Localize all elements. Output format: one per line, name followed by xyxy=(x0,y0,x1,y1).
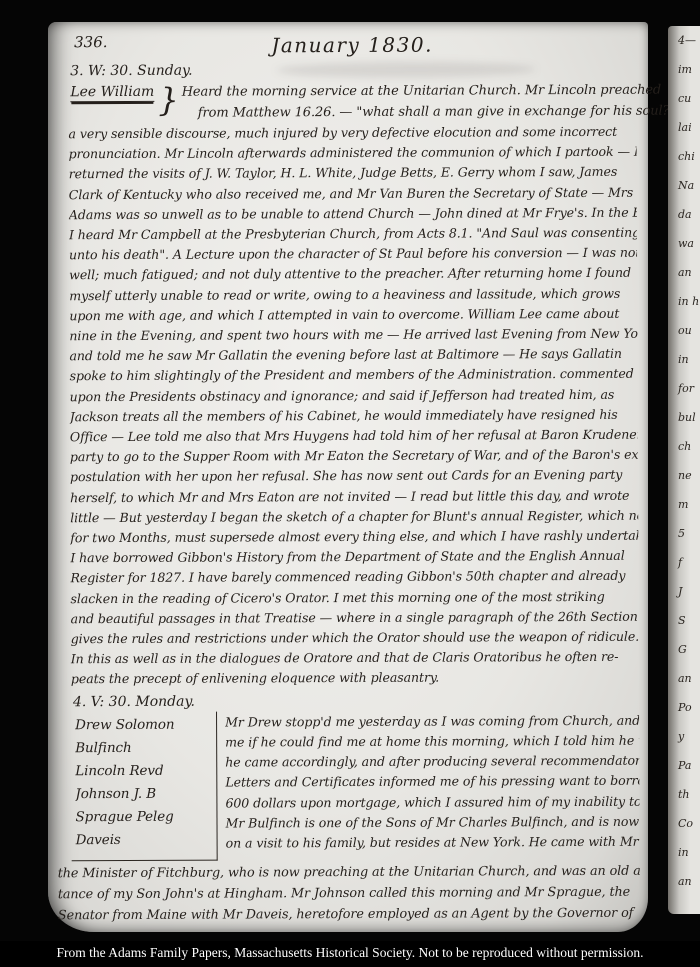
margin-name: Daveis xyxy=(76,828,217,852)
diary-line: Register for 1827. I have barely commenc… xyxy=(70,566,638,589)
diary-line: myself utterly unable to read or write, … xyxy=(69,283,637,306)
diary-line: Mr Drew stopp'd me yesterday as I was co… xyxy=(225,710,639,732)
diary-line: pronunciation. Mr Lincoln afterwards adm… xyxy=(69,142,637,165)
text-fragment: wa xyxy=(668,229,700,258)
entry-date-line: 4. V: 30. Monday. xyxy=(73,691,639,709)
text-fragment: chi xyxy=(668,142,700,171)
entry-opening-lines: Heard the morning service at the Unitari… xyxy=(182,79,676,124)
entry-body-lines: a very sensible discourse, much injured … xyxy=(68,122,638,690)
entry-monday: 4. V: 30. Monday. Drew SolomonBulfinchLi… xyxy=(71,691,640,925)
text-fragment: da xyxy=(668,200,700,229)
margin-name: Drew Solomon xyxy=(75,713,216,737)
margin-name: Bulfinch xyxy=(75,736,216,760)
text-fragment: f xyxy=(668,548,700,577)
diary-line: returned the visits of J. W. Taylor, H. … xyxy=(69,162,637,185)
page-number: 336. xyxy=(74,33,107,51)
diary-line: 600 dollars upon mortgage, which I assur… xyxy=(225,791,639,813)
diary-line: Office — Lee told me also that Mrs Huyge… xyxy=(70,425,638,448)
text-fragment: in xyxy=(668,838,700,867)
text-fragment: 5 xyxy=(668,519,700,548)
diary-line: well; much fatigued; and not duly attent… xyxy=(69,263,637,286)
margin-names-box: Drew SolomonBulfinchLincoln RevdJohnson … xyxy=(71,711,218,861)
diary-line: I heard Mr Campbell at the Presbyterian … xyxy=(69,223,637,246)
text-fragment: in h xyxy=(668,287,700,316)
text-fragment: J xyxy=(668,577,700,606)
text-fragment: th xyxy=(668,780,700,809)
text-fragment: m xyxy=(668,490,700,519)
text-fragment: cu xyxy=(668,84,700,113)
brace-mark: } xyxy=(158,81,179,119)
text-fragment: G xyxy=(668,635,700,664)
text-fragment: for xyxy=(668,374,700,403)
page-header: 336. January 1830. xyxy=(68,27,636,59)
diary-line: upon me with age, and which I attempted … xyxy=(69,304,637,327)
text-fragment: lai xyxy=(668,113,700,142)
text-fragment: Co xyxy=(668,809,700,838)
text-fragment: ch xyxy=(668,432,700,461)
diary-line: Heard the morning service at the Unitari… xyxy=(182,81,676,104)
archive-credit: From the Adams Family Papers, Massachuse… xyxy=(0,941,700,965)
entry-sunday: 3. W: 30. Sunday. Lee William } Heard th… xyxy=(68,61,639,690)
diary-line: the Minister of Fitchburg, who is now pr… xyxy=(58,860,640,884)
margin-name: Sprague Peleg xyxy=(75,805,216,829)
margin-name-lee-william: Lee William xyxy=(70,84,154,102)
diary-line: for two Months, must supersede almost ev… xyxy=(70,526,638,549)
text-fragment: an xyxy=(668,867,700,896)
diary-line: In this as well as in the dialogues de O… xyxy=(71,647,639,670)
text-fragment: in xyxy=(668,345,700,374)
text-fragment: an xyxy=(668,258,700,287)
facing-page-sliver: 4—imculaichiNadawaanin houinforbulchnem5… xyxy=(668,26,700,914)
diary-line: nine in the Evening, and spent two hours… xyxy=(69,324,637,347)
entry-closing-lines: the Minister of Fitchburg, who is now pr… xyxy=(58,860,640,926)
diary-line: little — But yesterday I began the sketc… xyxy=(70,506,638,529)
text-fragment: an xyxy=(668,664,700,693)
diary-line: a very sensible discourse, much injured … xyxy=(68,122,636,145)
footer-bar: From the Adams Family Papers, Massachuse… xyxy=(0,941,700,967)
entry-body-lines: Mr Drew stopp'd me yesterday as I was co… xyxy=(217,709,640,860)
text-fragment: y xyxy=(668,722,700,751)
diary-line: and beautiful passages in that Treatise … xyxy=(71,607,639,630)
diary-line: Senator from Maine with Mr Daveis, heret… xyxy=(58,902,640,926)
text-fragment: S xyxy=(668,606,700,635)
diary-line: I have borrowed Gibbon's History from th… xyxy=(70,546,638,569)
entry-row: Drew SolomonBulfinchLincoln RevdJohnson … xyxy=(71,709,640,860)
diary-line: from Matthew 16.26. — "what shall a man … xyxy=(182,101,676,124)
text-fragment: Na xyxy=(668,171,700,200)
text-fragment: Pa xyxy=(668,751,700,780)
diary-line: spoke to him slightingly of the Presiden… xyxy=(70,364,638,387)
margin-name: Lincoln Revd xyxy=(75,759,216,783)
diary-line: he came accordingly, and after producing… xyxy=(225,751,639,773)
text-fragment: ne xyxy=(668,461,700,490)
diary-line: party to go to the Supper Room with Mr E… xyxy=(70,445,638,468)
manuscript-page: 336. January 1830. 3. W: 30. Sunday. Lee… xyxy=(48,22,648,932)
diary-line: Adams was so unwell as to be unable to a… xyxy=(69,203,637,226)
diary-line: Jackson treats all the members of his Ca… xyxy=(70,405,638,428)
diary-line: Clark of Kentucky who also received me, … xyxy=(69,182,637,205)
diary-line: me if he could find me at home this morn… xyxy=(225,731,639,753)
entry-opening-block: Lee William } Heard the morning service … xyxy=(70,79,636,124)
diary-line: herself, to which Mr and Mrs Eaton are n… xyxy=(70,485,638,508)
text-fragment: ou xyxy=(668,316,700,345)
header-date: January 1830. xyxy=(68,27,636,58)
diary-line: gives the rules and restrictions under w… xyxy=(71,627,639,650)
diary-line: Mr Bulfinch is one of the Sons of Mr Cha… xyxy=(225,811,639,833)
diary-line: postulation with her upon her refusal. S… xyxy=(70,465,638,488)
diary-line: slacken in the reading of Cicero's Orato… xyxy=(70,586,638,609)
page-content: 336. January 1830. 3. W: 30. Sunday. Lee… xyxy=(46,21,650,934)
diary-line: and told me he saw Mr Gallatin the eveni… xyxy=(69,344,637,367)
text-fragment: 4— xyxy=(668,26,700,55)
diary-line: upon the Presidents obstinacy and ignora… xyxy=(70,384,638,407)
diary-line: peats the precept of enlivening eloquenc… xyxy=(71,667,639,690)
margin-name: Johnson J. B xyxy=(75,782,216,806)
text-fragment: bul xyxy=(668,403,700,432)
text-fragment: Po xyxy=(668,693,700,722)
diary-line: on a visit to his family, but resides at… xyxy=(226,832,640,854)
diary-line: Letters and Certificates informed me of … xyxy=(225,771,639,793)
text-fragment: im xyxy=(668,55,700,84)
diary-line: tance of my Son John's at Hingham. Mr Jo… xyxy=(58,881,640,905)
diary-line: unto his death". A Lecture upon the char… xyxy=(69,243,637,266)
